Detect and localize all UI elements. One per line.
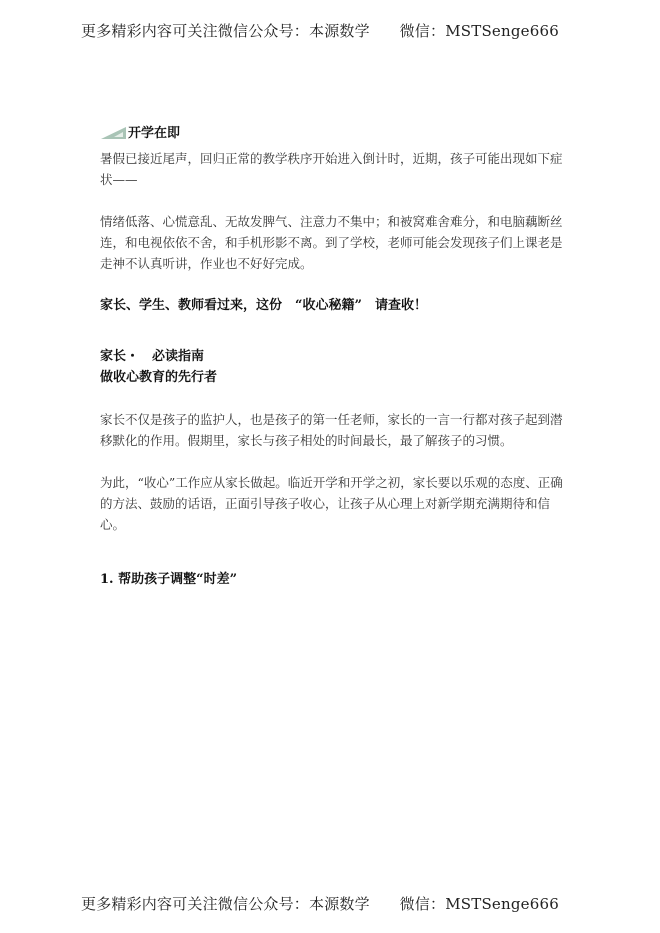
parents-title-line1: 家长・ 必读指南	[100, 346, 570, 367]
parents-paragraph-1: 家长不仅是孩子的监护人，也是孩子的第一任老师，家长的一言一行都对孩子起到潜移默化…	[100, 409, 570, 451]
footer-banner: 更多精彩内容可关注微信公众号：本源数学 微信：MSTSenge666	[81, 893, 601, 914]
parents-paragraph-2: 为此，“收心”工作应从家长做起。临近开学和开学之初，家长要以乐观的态度、正确的方…	[100, 472, 570, 535]
intro-paragraph-1: 暑假已接近尾声，回归正常的教学秩序开始进入倒计时，近期，孩子可能出现如下症状——	[100, 148, 570, 190]
parents-title-line2: 做收心教育的先行者	[100, 367, 570, 388]
intro-paragraph-2: 情绪低落、心慌意乱、无故发脾气、注意力不集中；和被窝难舍难分，和电脑藕断丝连，和…	[100, 211, 570, 274]
section-intro-title: 开学在即	[128, 123, 180, 144]
document-body: 开学在即 暑假已接近尾声，回归正常的教学秩序开始进入倒计时，近期，孩子可能出现如…	[100, 122, 570, 590]
intro-callout: 家长、学生、教师看过来，这份 “收心秘籍” 请查收！	[100, 295, 570, 316]
header-banner: 更多精彩内容可关注微信公众号：本源数学 微信：MSTSenge666	[81, 20, 601, 41]
parents-subheading: 1. 帮助孩子调整“时差”	[100, 569, 570, 590]
section-intro-heading: 开学在即	[100, 122, 570, 144]
triangle-ruler-icon	[100, 126, 127, 140]
